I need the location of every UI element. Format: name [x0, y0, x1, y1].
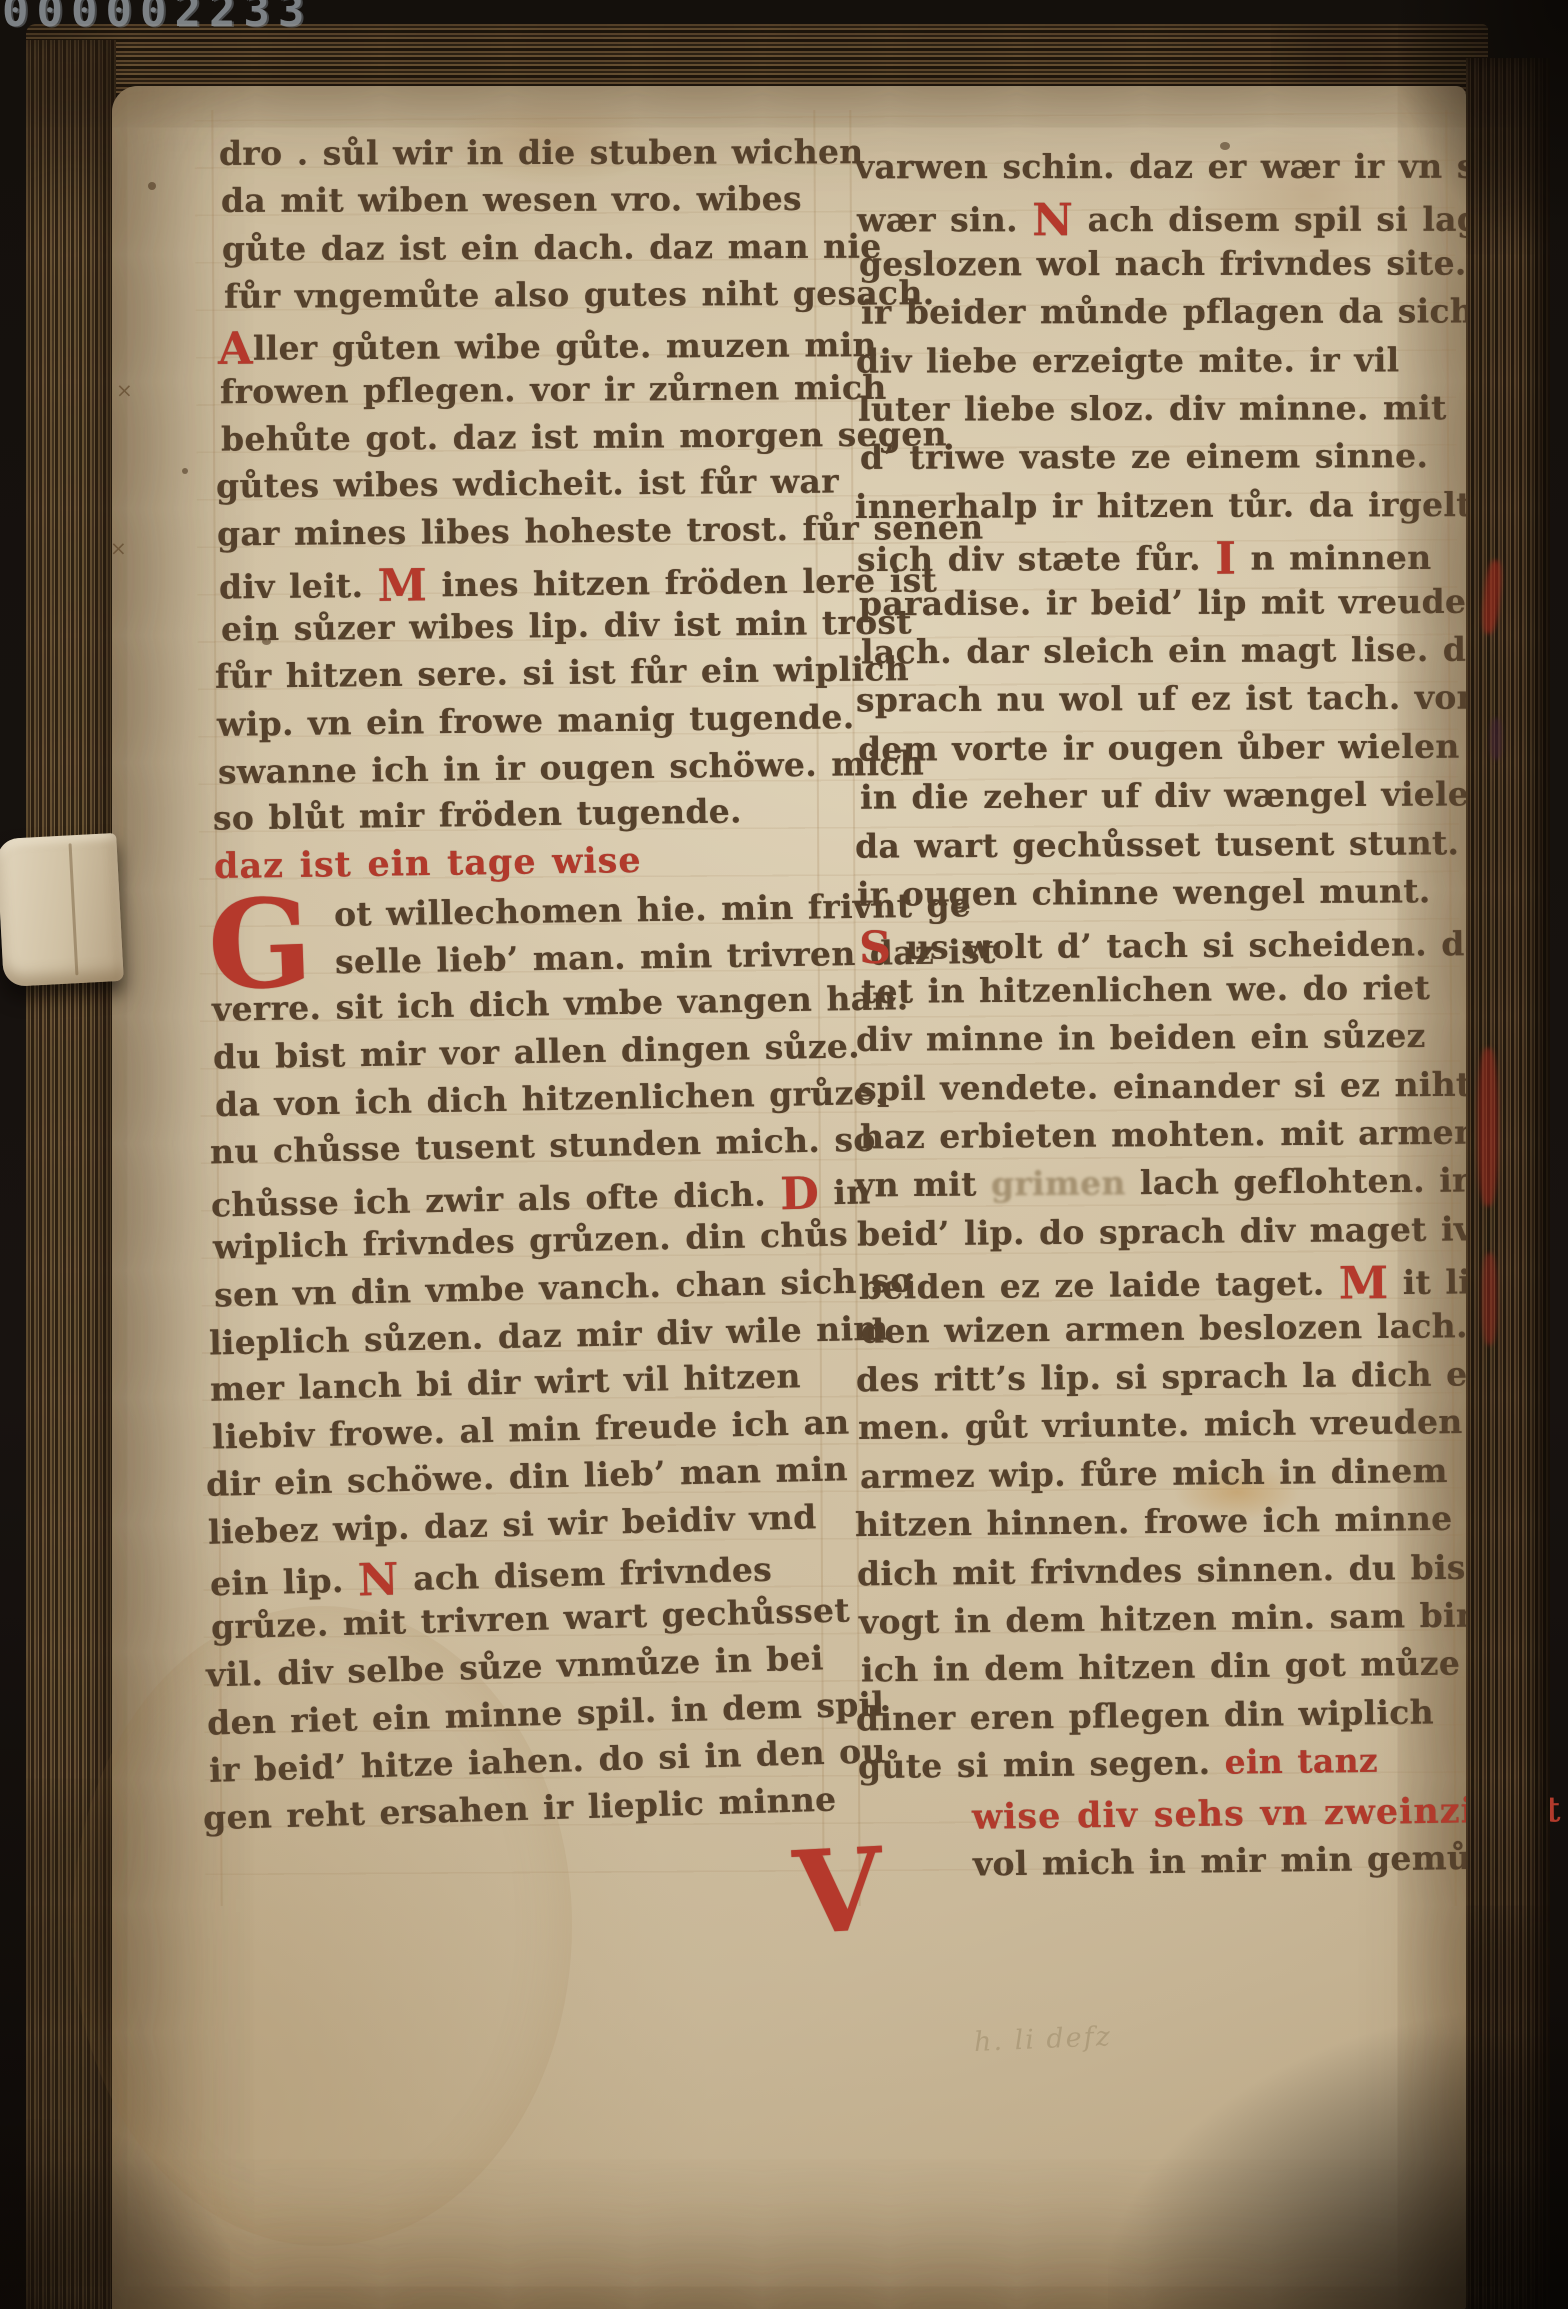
manuscript-line: dem vorte ir ougen ůber wielen daz	[858, 729, 1538, 765]
manuscript-text-segment: gůte si min segen.	[858, 1743, 1225, 1787]
ink-speck	[182, 468, 188, 474]
manuscript-line: gůtes wibes wdicheit. ist fůr war	[216, 465, 839, 503]
illuminated-initial-V: V	[791, 1822, 886, 1960]
manuscript-photo: 000002233 dro . sůl wir in die stuben wi…	[0, 0, 1568, 2309]
margin-mark: ×	[116, 378, 133, 402]
manuscript-line: ir ougen chinne wengel munt.	[857, 874, 1431, 911]
manuscript-text-segment: so blůt mir fröden tugende.	[212, 792, 741, 838]
manuscript-line: innerhalp ir hitzen tůr. da irgelt	[855, 488, 1472, 523]
manuscript-line: frowen pflegen. vor ir zůrnen mich	[220, 370, 887, 407]
manuscript-text-segment: mer lanch bi dir wirt vil hitzen	[210, 1356, 802, 1409]
manuscript-line: so blůt mir fröden tugende.	[213, 795, 742, 835]
manuscript-text-segment: ein lip.	[209, 1560, 358, 1603]
manuscript-text-segment: men. gůt vriunte. mich vreuden	[858, 1402, 1463, 1447]
manuscript-text-segment: ller gůten wibe gůte. muzen min	[253, 325, 877, 368]
manuscript-line: S us wolt d’ tach si scheiden. daz	[859, 922, 1506, 971]
book-fore-edge-pages	[1466, 58, 1550, 2309]
manuscript-line: dich mit frivndes sinnen. du bist	[857, 1550, 1482, 1590]
manuscript-line: vol mich in mir min gemůte	[973, 1840, 1508, 1880]
manuscript-line: des ritt’s lip. si sprach la dich erbar	[856, 1357, 1548, 1397]
manuscript-text-segment: da wart gechůsset tusent stunt.	[855, 823, 1459, 865]
manuscript-line: vil. div selbe sůze vnmůze in bei	[205, 1641, 823, 1691]
manuscript-line: vn mit grimen lach geflohten. ir	[855, 1164, 1470, 1202]
manuscript-text-segment: vogt in dem hitzen min. sam bin	[859, 1595, 1481, 1641]
manuscript-text-segment: div liebe erzeigte mite. ir vil	[856, 340, 1400, 380]
photo-shadow-top-right	[1398, 0, 1568, 240]
manuscript-line: ir beid’ hitze iahen. do si in den ou	[208, 1734, 885, 1787]
manuscript-line: gen reht ersahen ir lieplic minne	[203, 1782, 837, 1834]
text-column-left: dro . sůl wir in die stuben wichenda mit…	[222, 136, 862, 1936]
manuscript-line: verre. sit ich dich vmbe vangen han.	[212, 982, 909, 1027]
manuscript-text-segment: swanne ich in ir ougen schöwe. mich	[218, 743, 924, 791]
manuscript-line: beid’ lip. do sprach div maget iv	[857, 1212, 1474, 1250]
manuscript-line: fůr vngemůte also gutes niht gesach.	[224, 276, 935, 313]
manuscript-line: geslozen wol nach frivndes site.	[859, 246, 1467, 280]
manuscript-text-segment: paradise. ir beid’ lip mit vreuden	[859, 581, 1491, 623]
ink-speck	[148, 182, 156, 190]
manuscript-line: den wizen armen beslozen lach.	[861, 1309, 1468, 1348]
manuscript-text-segment: lach geflohten. ir	[1125, 1161, 1469, 1203]
manuscript-line: swanne ich in ir ougen schöwe. mich	[218, 746, 924, 788]
manuscript-text-segment: gen reht ersahen ir lieplic minne	[203, 1779, 837, 1837]
manuscript-line: men. gůt vriunte. mich vreuden	[858, 1405, 1463, 1444]
manuscript-text-segment: luter liebe sloz. div minne. mit	[858, 388, 1447, 429]
parchment-bookmark-tab	[0, 833, 124, 987]
manuscript-text-segment: da von ich dich hitzenlichen grůze.	[215, 1073, 887, 1124]
manuscript-text-segment: dir ein schöwe. din lieb’ man min	[206, 1449, 849, 1504]
text-column-right: varwen schin. daz er wær ir vn siwær sin…	[858, 150, 1498, 1950]
manuscript-line: d’ triwe vaste ze einem sinne.	[860, 440, 1428, 475]
manuscript-text-segment: ach disem frivndes	[398, 1550, 772, 1599]
manuscript-text-segment: fůr hitzen sere. si ist fůr ein wiplich	[215, 649, 909, 696]
manuscript-text-segment: haz erbieten mohten. mit armen	[860, 1113, 1479, 1157]
manuscript-line: du bist mir vor allen dingen sůze.	[213, 1029, 860, 1073]
manuscript-text-segment: vol mich in mir min gemůte	[973, 1837, 1509, 1883]
manuscript-line: in die zeher uf div wængel vielen	[860, 777, 1494, 813]
manuscript-line: div liebe erzeigte mite. ir vil	[856, 343, 1400, 377]
manuscript-text-segment: dich mit frivndes sinnen. du bist	[857, 1547, 1482, 1593]
manuscript-line: liebez wip. daz si wir beidiv vnd	[208, 1500, 817, 1548]
manuscript-text-segment: div minne in beiden ein sůzez	[856, 1016, 1426, 1059]
fore-edge-dark-mark	[1490, 718, 1502, 760]
manuscript-text-segment: beid’ lip. do sprach div maget iv	[857, 1209, 1474, 1253]
manuscript-line: haz erbieten mohten. mit armen	[860, 1116, 1479, 1154]
faint-pencil-inscription: h. li defz	[973, 2021, 1112, 2058]
manuscript-text-segment: S	[859, 921, 892, 974]
manuscript-text-segment: behůte got. daz ist min morgen segen	[221, 414, 947, 458]
manuscript-text-segment: sprach nu wol uf ez ist tach. von	[856, 678, 1481, 720]
manuscript-text-segment: sen vn din vmbe vanch. chan sich so	[214, 1261, 913, 1315]
margin-mark: ×	[110, 536, 127, 560]
manuscript-line: dro . sůl wir in die stuben wichen	[219, 135, 864, 170]
manuscript-line: da wart gechůsset tusent stunt.	[855, 826, 1459, 862]
manuscript-line: ir beider můnde pflagen da sich	[861, 295, 1474, 329]
manuscript-text-segment: M	[377, 558, 427, 611]
manuscript-text-segment: fůr vngemůte also gutes niht gesach.	[223, 273, 934, 316]
manuscript-line: lieplich sůzen. daz mir div wile nim	[208, 1311, 888, 1359]
manuscript-line: wip. vn ein frowe manig tugende.	[216, 700, 854, 741]
manuscript-line: Aller gůten wibe gůte. muzen min	[218, 323, 877, 371]
manuscript-line: vogt in dem hitzen min. sam bin	[859, 1598, 1481, 1638]
manuscript-text-segment: sich div stæte fůr.	[857, 539, 1215, 579]
manuscript-text-segment: n minnen	[1236, 538, 1431, 578]
manuscript-line: div minne in beiden ein sůzez	[856, 1019, 1426, 1056]
parchment-page: dro . sůl wir in die stuben wichenda mit…	[112, 86, 1466, 2309]
manuscript-line: da von ich dich hitzenlichen grůze.	[215, 1076, 887, 1121]
book-gutter-page-edges	[26, 40, 116, 2309]
manuscript-line: gůte si min segen. ein tanz	[858, 1744, 1378, 1783]
manuscript-text-segment: in die zeher uf div wængel vielen	[860, 774, 1494, 816]
manuscript-line: ich in dem hitzen din got můze	[861, 1647, 1461, 1687]
photo-shadow-bottom-left	[0, 2119, 230, 2309]
manuscript-text-segment: gůte daz ist ein dach. daz man nie	[222, 226, 882, 268]
manuscript-text-segment: vn mit	[855, 1165, 991, 1205]
manuscript-text-segment: geslozen wol nach frivndes site.	[859, 243, 1467, 283]
manuscript-text-segment: varwen schin. daz er wær ir vn si	[855, 147, 1489, 187]
manuscript-line: gůte daz ist ein dach. daz man nie	[222, 229, 882, 265]
manuscript-text-segment: spil vendete. einander si ez niht	[858, 1064, 1472, 1108]
manuscript-text-segment: ein sůzer wibes lip. div ist min trost	[220, 602, 911, 648]
manuscript-text-segment: liebiv frowe. al min freude ich an	[211, 1403, 849, 1457]
manuscript-text-segment: wær sin.	[857, 201, 1032, 240]
manuscript-line: ein sůzer wibes lip. div ist min trost	[220, 605, 911, 645]
manuscript-line: dir ein schöwe. din lieb’ man min	[206, 1452, 849, 1501]
manuscript-text-segment: N	[357, 1552, 399, 1606]
manuscript-text-segment: M	[1339, 1256, 1389, 1309]
manuscript-text-segment: N	[1032, 194, 1073, 247]
manuscript-line: lach. dar sleich ein magt lise. div	[861, 633, 1499, 669]
manuscript-line: da mit wiben wesen vro. wibes	[221, 182, 802, 217]
manuscript-line: fůr hitzen sere. si ist fůr ein wiplich	[215, 652, 909, 693]
manuscript-text-segment: d’ triwe vaste ze einem sinne.	[860, 437, 1428, 478]
illuminated-initial-G: G	[206, 870, 315, 1018]
manuscript-text-segment: des ritt’s lip. si sprach la dich erbar	[856, 1354, 1548, 1400]
manuscript-line: nu chůsse tusent stunden mich. so	[209, 1123, 875, 1169]
manuscript-text-segment: gůtes wibes wdicheit. ist fůr war	[216, 462, 839, 506]
manuscript-line: paradise. ir beid’ lip mit vreuden	[859, 584, 1491, 620]
fore-edge-red-mark	[1482, 1253, 1497, 1345]
manuscript-text-segment: hitzen hinnen. frowe ich minne	[855, 1499, 1453, 1544]
manuscript-text-segment: nu chůsse tusent stunden mich. so	[209, 1120, 875, 1172]
manuscript-text-segment: D	[780, 1166, 820, 1220]
manuscript-line: den riet ein minne spil. in dem spil	[207, 1687, 885, 1739]
manuscript-text-segment: den wizen armen beslozen lach.	[861, 1306, 1468, 1351]
manuscript-text-segment: da mit wiben wesen vro. wibes	[221, 179, 802, 220]
manuscript-line: liebiv frowe. al min freude ich an	[212, 1406, 850, 1454]
manuscript-text-segment: lieplich sůzen. daz mir div wile nim	[208, 1308, 888, 1362]
manuscript-text-segment: armez wip. fůre mich in dinem	[860, 1451, 1448, 1496]
manuscript-text-segment: I	[1215, 532, 1236, 585]
archive-stamp-number: 000002233	[2, 0, 312, 37]
manuscript-line: armez wip. fůre mich in dinem	[860, 1454, 1448, 1493]
manuscript-text-segment: verre. sit ich dich vmbe vangen han.	[212, 979, 909, 1030]
manuscript-text-segment: beiden ez ze laide taget.	[859, 1264, 1339, 1307]
manuscript-text-segment: ich in dem hitzen din got můze	[861, 1644, 1461, 1690]
manuscript-text-segment: lach. dar sleich ein magt lise. div	[861, 630, 1499, 672]
manuscript-text-segment: innerhalp ir hitzen tůr. da irgelt	[855, 485, 1472, 526]
manuscript-line: hitzen hinnen. frowe ich minne	[855, 1502, 1453, 1541]
manuscript-text-segment: tet in hitzenlichen we. do riet	[861, 968, 1430, 1011]
manuscript-line: div leit. M ines hitzen fröden lere ist	[219, 558, 937, 609]
manuscript-line: behůte got. daz ist min morgen segen	[221, 417, 947, 455]
manuscript-text-segment: frowen pflegen. vor ir zůrnen mich	[220, 367, 887, 410]
manuscript-text-segment: ir beider můnde pflagen da sich	[861, 292, 1474, 332]
manuscript-text-segment: us wolt d’ tach si scheiden. daz	[891, 924, 1505, 967]
manuscript-line: sprach nu wol uf ez ist tach. von	[856, 681, 1481, 717]
manuscript-text-segment: dro . sůl wir in die stuben wichen	[219, 132, 864, 173]
manuscript-text-segment: du bist mir vor allen dingen sůze.	[213, 1026, 861, 1076]
manuscript-text-segment: vil. div selbe sůze vnmůze in bei	[205, 1638, 824, 1694]
manuscript-line: varwen schin. daz er wær ir vn si	[855, 150, 1489, 184]
manuscript-text-segment: grimen	[991, 1164, 1126, 1204]
tab-fold-line	[69, 843, 79, 975]
fore-edge-red-mark	[1480, 559, 1504, 634]
photo-shadow-bottom-right	[1108, 2009, 1568, 2309]
manuscript-line: luter liebe sloz. div minne. mit	[858, 391, 1447, 426]
manuscript-line: diner eren pflegen din wiplich	[856, 1695, 1434, 1735]
manuscript-text-segment: liebez wip. daz si wir beidiv vnd	[208, 1497, 817, 1551]
fore-edge-red-mark	[1478, 1048, 1498, 1206]
manuscript-line: sen vn din vmbe vanch. chan sich so	[214, 1264, 913, 1312]
manuscript-text-segment: div leit.	[219, 566, 378, 607]
manuscript-text-segment: ein tanz	[1224, 1741, 1378, 1782]
manuscript-text-segment: diner eren pflegen din wiplich	[856, 1692, 1434, 1738]
manuscript-text-segment: dem vorte ir ougen ůber wielen daz	[858, 726, 1538, 768]
manuscript-line: spil vendete. einander si ez niht	[858, 1067, 1472, 1105]
manuscript-line: beiden ez ze laide taget. M it lin	[859, 1260, 1496, 1310]
manuscript-line: tet in hitzenlichen we. do riet	[861, 971, 1430, 1008]
manuscript-line: sich div stæte fůr. I n minnen	[857, 536, 1432, 583]
manuscript-text-segment: wip. vn ein frowe manig tugende.	[216, 697, 854, 744]
manuscript-text-segment: ir ougen chinne wengel munt.	[857, 871, 1431, 914]
manuscript-text-segment: A	[218, 322, 253, 375]
manuscript-line: mer lanch bi dir wirt vil hitzen	[210, 1359, 801, 1406]
